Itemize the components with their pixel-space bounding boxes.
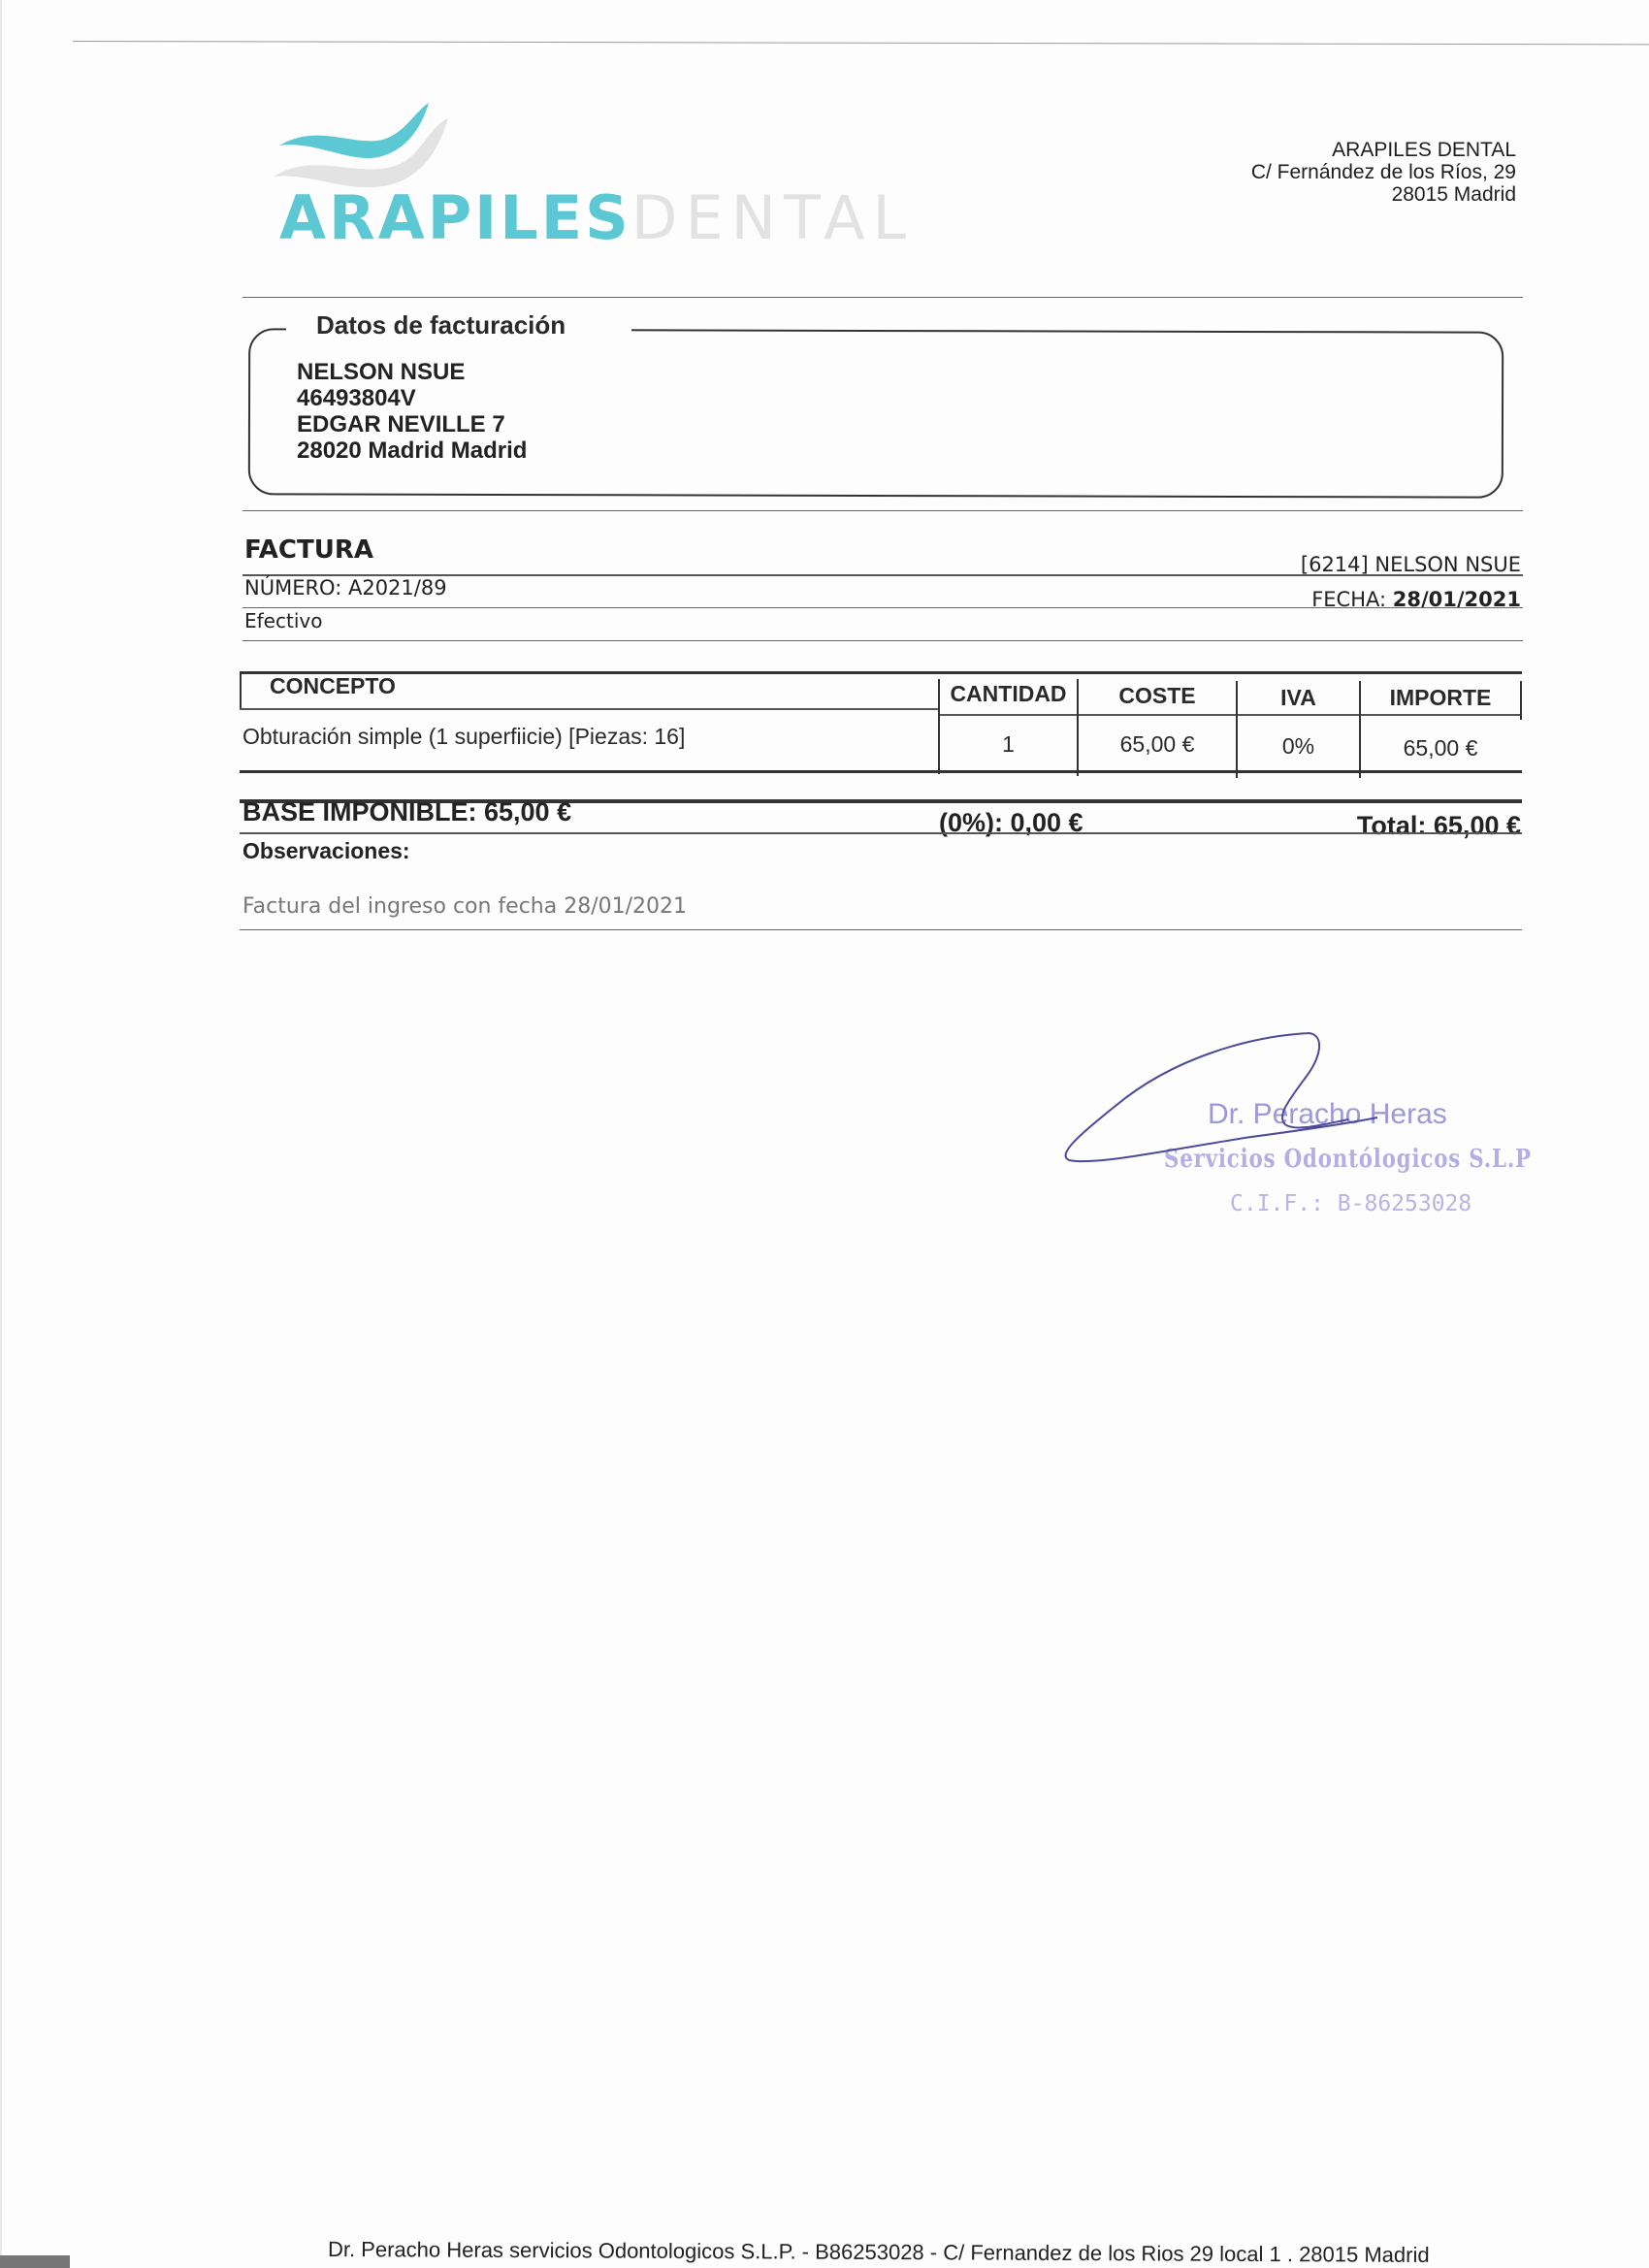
billing-title: Datos de facturación: [301, 310, 581, 340]
logo-primary-text: ARAPILES: [279, 182, 631, 253]
footer-legal-info: Dr. Peracho Heras servicios Odontologico…: [328, 2237, 1430, 2268]
logo-secondary-text: DENTAL: [631, 182, 914, 253]
signature-icon: [1057, 1028, 1542, 1242]
table-border: [1520, 681, 1522, 720]
divider: [240, 929, 1522, 930]
scan-artifact: [0, 2255, 70, 2268]
grand-total: Total: 65,00 €: [1357, 811, 1521, 841]
table-header-bottom: [240, 708, 938, 710]
column-header-cost: COSTE: [1079, 683, 1236, 709]
column-header-concept: CONCEPTO: [270, 673, 396, 699]
company-stamp: Dr. Peracho Heras Servicios Odontólogico…: [1057, 1028, 1542, 1242]
invoice-title: FACTURA: [244, 535, 373, 565]
column-header-quantity: CANTIDAD: [940, 681, 1077, 707]
company-address: C/ Fernández de los Ríos, 29: [1251, 161, 1516, 183]
billing-name: NELSON NSUE: [297, 359, 527, 385]
payment-method: Efectivo: [244, 609, 322, 632]
row-amount: 65,00 €: [1361, 735, 1520, 761]
divider: [242, 640, 1523, 641]
table-top-border: [240, 671, 1522, 674]
logo-wordmark: ARAPILESDENTAL: [279, 182, 914, 253]
company-logo: ARAPILESDENTAL: [262, 97, 921, 262]
client-reference: [6214] NELSON NSUE: [1301, 553, 1521, 576]
row-vat: 0%: [1238, 733, 1359, 760]
divider: [242, 297, 1523, 298]
company-city: 28015 Madrid: [1251, 183, 1516, 206]
wave-logo-icon: [262, 97, 475, 194]
divider: [240, 832, 1522, 834]
billing-details: NELSON NSUE 46493804V EDGAR NEVILLE 7 28…: [297, 359, 527, 464]
table-border: [240, 671, 242, 710]
column-header-vat: IVA: [1238, 685, 1359, 711]
observations-text: Factura del ingreso con fecha 28/01/2021: [242, 894, 687, 919]
row-cost: 65,00 €: [1079, 731, 1236, 758]
table-bottom-border: [240, 770, 1522, 773]
billing-id: 46493804V: [297, 385, 527, 411]
company-name: ARAPILES DENTAL: [1251, 139, 1516, 161]
scan-top-line: [73, 41, 1649, 45]
divider: [242, 607, 1523, 608]
observations-label: Observaciones:: [242, 838, 410, 864]
row-concept: Obturación simple (1 superfiicie) [Pieza…: [242, 724, 685, 750]
divider: [242, 510, 1523, 511]
row-quantity: 1: [940, 731, 1077, 758]
column-header-amount: IMPORTE: [1361, 685, 1520, 711]
billing-address: EDGAR NEVILLE 7: [297, 411, 527, 437]
taxable-base: BASE IMPONIBLE: 65,00 €: [242, 797, 571, 827]
invoice-number: NÚMERO: A2021/89: [244, 576, 447, 599]
company-info: ARAPILES DENTAL C/ Fernández de los Ríos…: [1251, 139, 1516, 206]
table-header-bottom: [938, 714, 1522, 716]
billing-city: 28020 Madrid Madrid: [297, 437, 527, 464]
scan-edge: [0, 0, 2, 2268]
